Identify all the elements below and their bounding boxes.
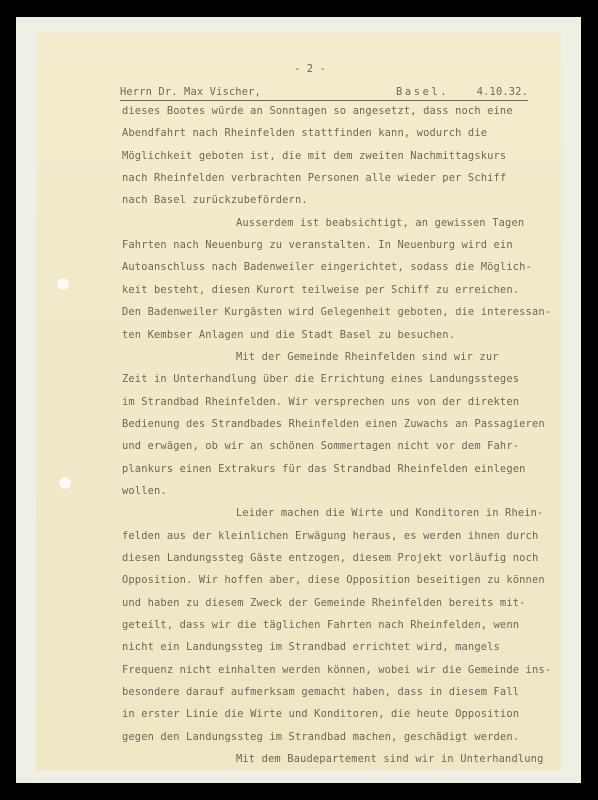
text-line: nach Rheinfelden verbrachten Personen al… [122,171,506,185]
text-line: Fahrten nach Neuenburg zu veranstalten. … [122,238,513,252]
text-line: in erster Linie die Wirte und Konditoren… [122,707,519,721]
date: 4.10.32. [477,86,528,98]
addressee: Herrn Dr. Max Vischer, [120,86,261,98]
page-number: - 2 - [294,63,326,75]
text-line: Opposition. Wir hoffen aber, diese Oppos… [122,573,545,587]
text-line: Den Badenweiler Kurgästen wird Gelegenhe… [122,305,551,319]
text-line: plankurs einen Extrakurs für das Strandb… [122,462,526,476]
text-line: dieses Bootes würde an Sonntagen so ange… [122,104,513,118]
text-line: felden aus der kleinlichen Erwägung hera… [122,529,538,543]
text-line: im Strandbad Rheinfelden. Wir verspreche… [122,395,519,409]
text-line: ten Kembser Anlagen und die Stadt Basel … [122,328,455,342]
text-line: besondere darauf aufmerksam gemacht habe… [122,685,519,699]
typewritten-text: - 2 - Herrn Dr. Max Vischer, Basel. 4.10… [36,32,561,770]
document-page: - 2 - Herrn Dr. Max Vischer, Basel. 4.10… [36,32,561,770]
text-line: gegen den Landungssteg im Strandbad mach… [122,730,519,744]
text-line: diesen Landungssteg Gäste entzogen, dies… [122,551,538,565]
text-line: geteilt, dass wir die täglichen Fahrten … [122,618,519,632]
text-line: Autoanschluss nach Badenweiler eingerich… [122,260,532,274]
text-line: Ausserdem ist beabsichtigt, an gewissen … [236,216,524,230]
text-line: Frequenz nicht einhalten werden können, … [122,663,551,677]
text-line: Zeit in Unterhandlung über die Errichtun… [122,372,519,386]
text-line: Leider machen die Wirte und Konditoren i… [236,506,543,520]
text-line: nach Basel zurückzubefördern. [122,193,308,207]
text-line: Möglichkeit geboten ist, die mit dem zwe… [122,149,506,163]
text-line: nicht ein Landungssteg im Strandbad erri… [122,640,500,654]
text-line: Abendfahrt nach Rheinfelden stattfinden … [122,126,487,140]
text-line: keit besteht, diesen Kurort teilweise pe… [122,283,519,297]
place: Basel. [396,86,449,98]
letter-header: Herrn Dr. Max Vischer, Basel. 4.10.32. [120,86,528,101]
text-line: und haben zu diesem Zweck der Gemeinde R… [122,596,526,610]
text-line: wollen. [122,484,167,498]
text-line: und erwägen, ob wir an schönen Sommertag… [122,439,519,453]
text-line: Mit dem Baudepartement sind wir in Unter… [236,752,543,766]
text-line: Mit der Gemeinde Rheinfelden sind wir zu… [236,350,499,364]
text-line: Bedienung des Strandbades Rheinfelden ei… [122,417,545,431]
